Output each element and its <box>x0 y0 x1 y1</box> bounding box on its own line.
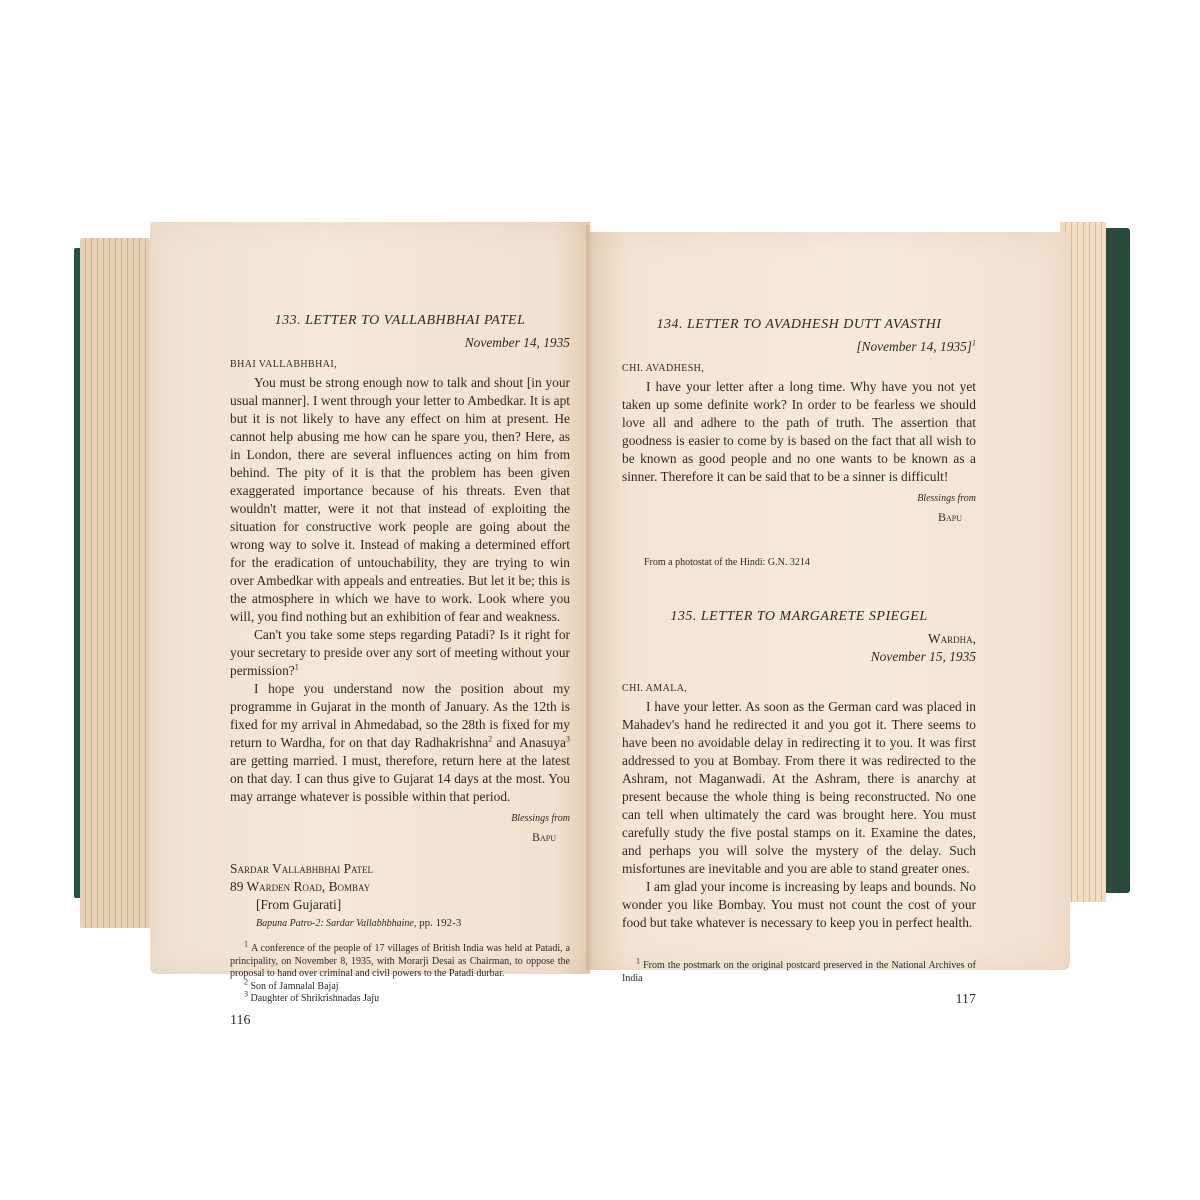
signature: Bapu <box>230 828 570 846</box>
signature: Bapu <box>622 508 976 526</box>
letter-133-paragraph-2: Can't you take some steps regarding Pata… <box>230 626 570 680</box>
letter-133-paragraph-1: You must be strong enough now to talk an… <box>230 374 570 626</box>
letter-134-title: 134. LETTER TO AVADHESH DUTT AVASTHI <box>622 316 976 334</box>
left-footnotes: 1 A conference of the people of 17 villa… <box>230 943 570 1006</box>
right-footnotes: 1 From the postmark on the original post… <box>622 960 976 985</box>
letter-133-salutation: BHAI VALLABHBHAI, <box>230 356 570 374</box>
letter-135-salutation: CHI. AMALA, <box>622 680 976 698</box>
footnote-2: 2 Son of Jamnalal Bajaj <box>230 981 570 994</box>
footnote-3: 3 Daughter of Shrikrishnadas Jaju <box>230 993 570 1006</box>
address-line-2: 89 Warden Road, Bombay <box>230 878 570 896</box>
page-edges-left <box>80 238 160 928</box>
letter-135-paragraph-2: I am glad your income is increasing by l… <box>622 878 976 932</box>
letter-135-place: Wardha, <box>622 630 976 648</box>
open-book: 133. LETTER TO VALLABHBHAI PATEL Novembe… <box>0 0 1200 1200</box>
closing: Blessings from <box>622 490 976 508</box>
book-cover-right <box>1102 228 1130 893</box>
address-line-1: Sardar Vallabhbhai Patel <box>230 860 570 878</box>
source-language: [From Gujarati] <box>230 896 570 914</box>
book-gutter <box>586 225 592 970</box>
footnote-ref: 3 <box>566 735 570 744</box>
letter-134-salutation: CHI. AVADHESH, <box>622 360 976 378</box>
right-page-content: 134. LETTER TO AVADHESH DUTT AVASTHI [No… <box>622 316 976 1009</box>
left-page-content: 133. LETTER TO VALLABHBHAI PATEL Novembe… <box>230 312 570 1030</box>
footnote-1: 1 From the postmark on the original post… <box>622 960 976 985</box>
letter-135-date: November 15, 1935 <box>622 648 976 666</box>
letter-134-paragraph-1: I have your letter after a long time. Wh… <box>622 378 976 486</box>
letter-133-title: 133. LETTER TO VALLABHBHAI PATEL <box>230 312 570 330</box>
letter-133-paragraph-3: I hope you understand now the position a… <box>230 680 570 806</box>
letter-134-source: From a photostat of the Hindi: G.N. 3214 <box>622 554 976 572</box>
footnote-ref: 1 <box>295 663 299 672</box>
closing: Blessings from <box>230 810 570 828</box>
letter-135-paragraph-1: I have your letter. As soon as the Germa… <box>622 698 976 878</box>
letter-134-date: [November 14, 1935]1 <box>622 338 976 356</box>
citation: Bapuna Patro-2: Sardar Vallabhbhaine, pp… <box>230 914 570 933</box>
footnote-1: 1 A conference of the people of 17 villa… <box>230 943 570 981</box>
page-number-left: 116 <box>230 1012 570 1030</box>
letter-133-date: November 14, 1935 <box>230 334 570 352</box>
letter-135-title: 135. LETTER TO MARGARETE SPIEGEL <box>622 608 976 626</box>
page-number-right: 117 <box>622 991 976 1009</box>
